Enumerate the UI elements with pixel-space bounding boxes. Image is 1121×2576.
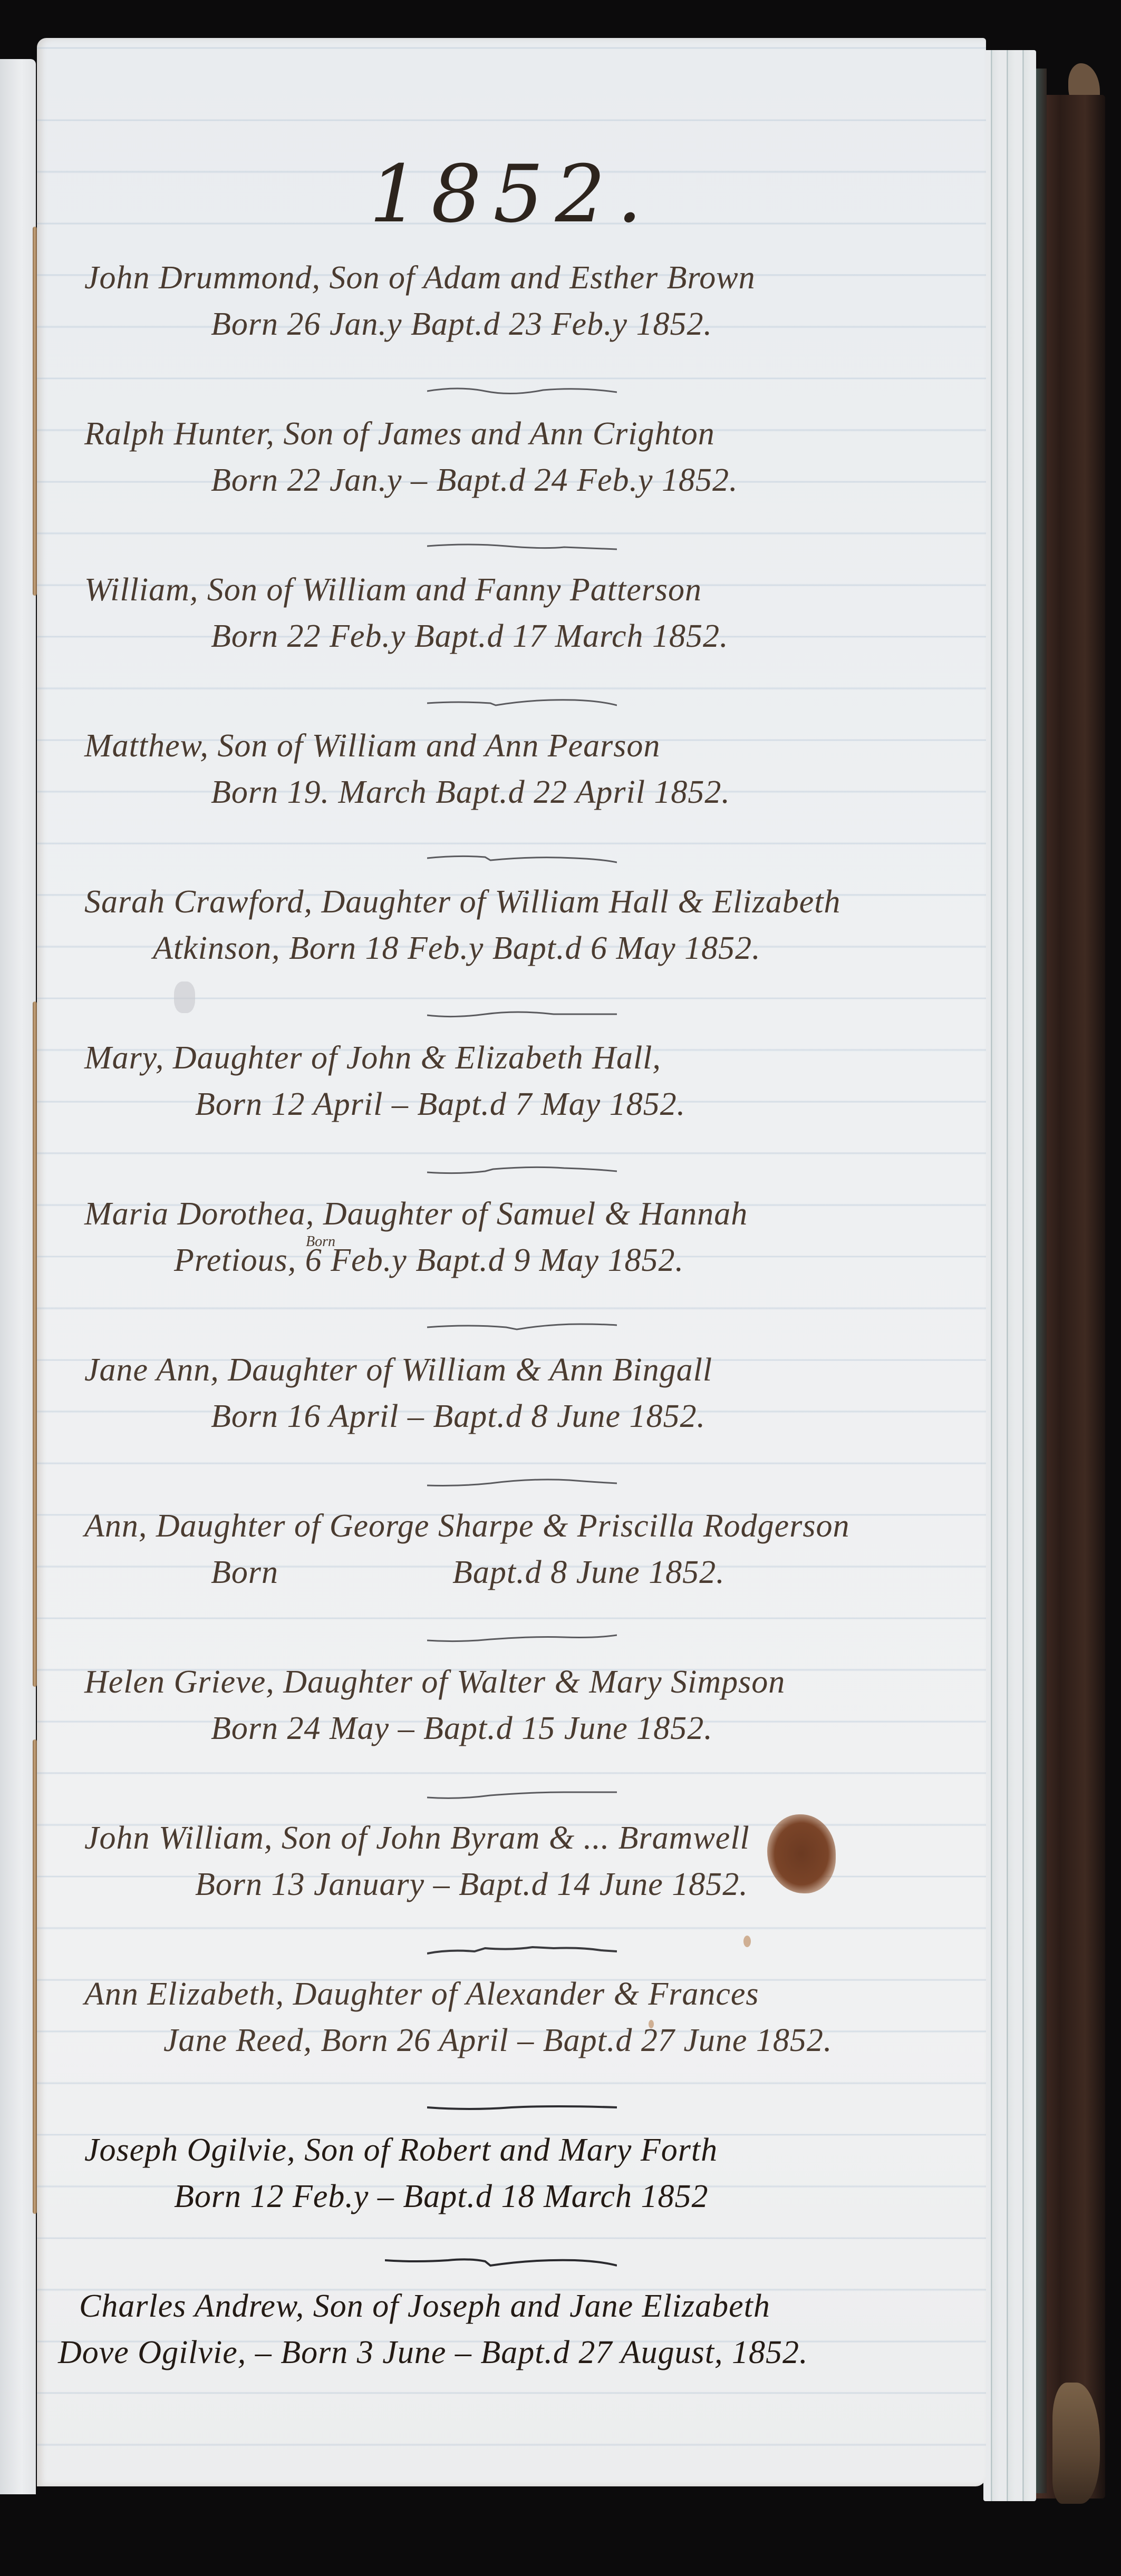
flourish-divider [427,1789,617,1801]
register-entry: Charles Andrew, Son of Joseph and Jane E… [58,2277,965,2433]
entry-dates-line: Born 16 April – Bapt.d 8 June 1852. [211,1398,706,1435]
entry-dates-line: Born 12 April – Bapt.d 7 May 1852. [195,1086,685,1123]
entry-name-line: Joseph Ogilvie, Son of Robert and Mary F… [84,2132,718,2169]
page-edges-stack [983,50,1036,2501]
left-facing-page [0,59,36,2494]
binding-frayed-corner-bottom [1052,2383,1100,2504]
register-entry: Ann Elizabeth, Daughter of Alexander & F… [58,1965,965,2121]
entry-name-line: Helen Grieve, Daughter of Walter & Mary … [84,1664,785,1701]
entry-name-line: Ann Elizabeth, Daughter of Alexander & F… [84,1976,759,2013]
register-entry: Ann, Daughter of George Sharpe & Priscil… [58,1497,965,1653]
entry-name-line: Ralph Hunter, Son of James and Ann Crigh… [84,415,715,453]
flourish-divider [427,697,617,708]
register-entry: Joseph Ogilvie, Son of Robert and Mary F… [58,2121,965,2277]
entry-dates-line: Born 19. March Bapt.d 22 April 1852. [211,774,730,811]
entry-name-line: Maria Dorothea, Daughter of Samuel & Han… [84,1195,748,1233]
flourish-divider [427,1165,617,1177]
flourish-divider [427,541,617,552]
register-entry: William, Son of William and Fanny Patter… [58,561,965,717]
register-entry: Matthew, Son of William and Ann Pearson … [58,717,965,873]
year-heading: 1852. [37,149,986,240]
flourish-divider [427,1945,617,1957]
entry-name-line: Mary, Daughter of John & Elizabeth Hall, [84,1039,661,1077]
flourish-divider [427,1633,617,1645]
register-page: 1852. John Drummond, Son of Adam and Est… [37,38,986,2486]
entry-name-line: John Drummond, Son of Adam and Esther Br… [84,259,756,297]
register-entry: Jane Ann, Daughter of William & Ann Bing… [58,1341,965,1497]
entry-name-line: John William, Son of John Byram & ... Br… [84,1820,750,1857]
binding-thread [33,1002,37,1687]
entry-dates-line: Born 13 January – Bapt.d 14 June 1852. [195,1866,748,1903]
register-entry: Ralph Hunter, Son of James and Ann Crigh… [58,405,965,561]
entry-dates-line: Jane Reed, Born 26 April – Bapt.d 27 Jun… [163,2022,832,2059]
entry-name-line: Ann, Daughter of George Sharpe & Priscil… [84,1508,849,1545]
register-entry: Helen Grieve, Daughter of Walter & Mary … [58,1653,965,1809]
flourish-divider [427,1009,617,1020]
register-entry: Mary, Daughter of John & Elizabeth Hall,… [58,1029,965,1185]
register-entry: John William, Son of John Byram & ... Br… [58,1809,965,1965]
register-entry: John Drummond, Son of Adam and Esther Br… [58,249,965,405]
binding-thread [33,227,37,596]
entry-dates-line: Pretious, 6 Feb.y Bapt.d 9 May 1852. [174,1242,684,1279]
entry-dates-line: Atkinson, Born 18 Feb.y Bapt.d 6 May 185… [153,930,761,967]
entry-name-line: Charles Andrew, Son of Joseph and Jane E… [79,2288,770,2325]
flourish-divider [385,2257,617,2269]
entry-dates-line: Born 22 Feb.y Bapt.d 17 March 1852. [211,618,729,655]
entry-dates-line: Dove Ogilvie, – Born 3 June – Bapt.d 27 … [58,2334,808,2371]
register-entries: John Drummond, Son of Adam and Esther Br… [58,249,965,2433]
binding-thread [33,1739,37,2214]
register-entry: Sarah Crawford, Daughter of William Hall… [58,873,965,1029]
flourish-divider [427,385,617,396]
flourish-divider [427,2101,617,2113]
entry-dates-line: Born Bapt.d 8 June 1852. [211,1554,725,1591]
entry-name-line: Jane Ann, Daughter of William & Ann Bing… [84,1352,712,1389]
entry-name-line: William, Son of William and Fanny Patter… [84,571,702,609]
flourish-divider [427,1321,617,1333]
flourish-divider [427,853,617,864]
entry-dates-line: Born 22 Jan.y – Bapt.d 24 Feb.y 1852. [211,462,738,499]
entry-name-line: Sarah Crawford, Daughter of William Hall… [84,883,840,921]
register-entry: Maria Dorothea, Daughter of Samuel & Han… [58,1185,965,1341]
entry-dates-line: Born 24 May – Bapt.d 15 June 1852. [211,1710,713,1747]
entry-name-line: Matthew, Son of William and Ann Pearson [84,727,660,765]
entry-dates-line: Born 26 Jan.y Bapt.d 23 Feb.y 1852. [211,306,712,343]
entry-dates-line: Born 12 Feb.y – Bapt.d 18 March 1852 [174,2178,709,2215]
flourish-divider [427,1477,617,1489]
